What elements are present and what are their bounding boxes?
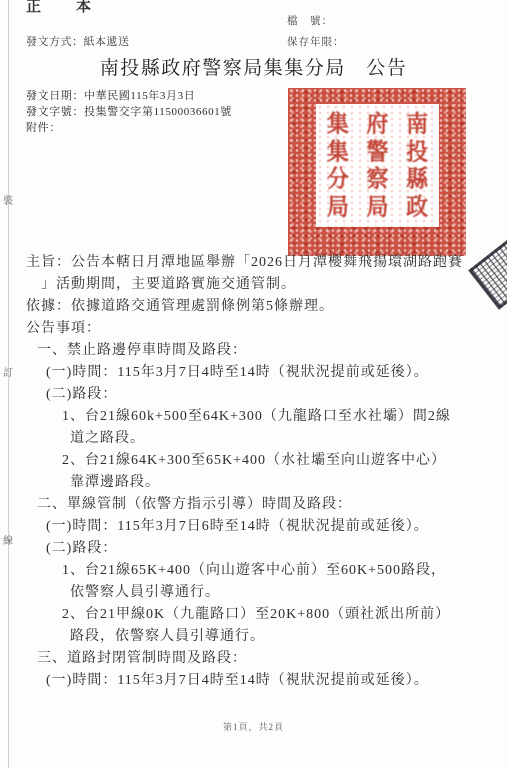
seal-inner-text: 南投縣政府警察局集集分局 xyxy=(316,104,439,227)
seal-character: 警 xyxy=(366,140,388,163)
body-line: 」活動期間，主要道路實施交通管制。 xyxy=(0,274,501,296)
binding-mark: 訂 xyxy=(3,364,13,379)
seal-character: 局 xyxy=(327,195,349,218)
seal-character: 察 xyxy=(366,168,388,191)
body-line: (一)時間：115年3月7日4時至14時（視狀況提前或延後）。 xyxy=(0,670,501,692)
seal-character: 府 xyxy=(366,113,388,136)
seal-character: 政 xyxy=(406,195,428,218)
announcement-body: 主旨：公告本轄日月潭地區舉辦「2026日月潭櫻舞飛揚環湖路跑賽」活動期間，主要道… xyxy=(0,252,501,692)
seal-character: 縣 xyxy=(406,168,428,191)
seal-character: 投 xyxy=(406,140,428,163)
retention-period-label: 保存年限： xyxy=(287,34,345,49)
seal-character: 分 xyxy=(327,168,349,191)
seal-column: 南投縣政 xyxy=(406,110,428,220)
attachment-label: 附件： xyxy=(26,119,61,135)
announcement-document-page: 正 本 發文方式：紙本遞送 檔 號： 保存年限： 南投縣政府警察局集集分局 公告… xyxy=(0,0,507,768)
body-line: 一、禁止路邊停車時間及路段： xyxy=(0,340,501,362)
seal-column: 集集分局 xyxy=(327,110,349,220)
seal-column: 府警察局 xyxy=(366,110,388,220)
body-line: 依警察人員引導通行。 xyxy=(0,582,501,604)
body-line: 依據：依據道路交通管理處罰條例第5條辦理。 xyxy=(0,296,501,318)
seal-character: 集 xyxy=(327,113,349,136)
delivery-method: 發文方式：紙本遞送 xyxy=(26,33,130,49)
body-line: 2、台21線64K+300至65K+400（水社壩至向山遊客中心） xyxy=(0,450,501,472)
seal-character: 局 xyxy=(366,195,388,218)
file-number-label: 檔 號： xyxy=(287,13,333,28)
body-line: (一)時間：115年3月7日4時至14時（視狀況提前或延後）。 xyxy=(0,362,501,384)
body-line: 靠潭邊路段。 xyxy=(0,472,501,494)
document-number: 發文字號：投集警交字第11500036601號 xyxy=(26,103,232,119)
issue-date: 發文日期：中華民國115年3月3日 xyxy=(26,87,195,103)
copy-type-text: 正 本 xyxy=(26,0,101,15)
body-line: 路段，依警察人員引導通行。 xyxy=(0,626,501,648)
body-line: 二、單線管制（依警方指示引導）時間及路段： xyxy=(0,494,501,516)
body-line: (一)時間：115年3月7日6時至14時（視狀況提前或延後）。 xyxy=(0,516,501,538)
binding-mark: 裝 xyxy=(3,192,13,207)
seal-character: 集 xyxy=(327,140,349,163)
body-line: (二)路段： xyxy=(0,384,501,406)
body-line: 三、道路封閉管制時間及路段： xyxy=(0,648,501,670)
binding-mark: 線 xyxy=(3,532,13,547)
copy-type-label: 正 本 xyxy=(26,0,101,15)
body-line: (二)路段： xyxy=(0,538,501,560)
body-line: 主旨：公告本轄日月潭地區舉辦「2026日月潭櫻舞飛揚環湖路跑賽 xyxy=(0,252,501,274)
page-number: 第1頁，共2頁 xyxy=(0,720,507,733)
body-line: 1、台21線60k+500至64K+300（九龍路口至水社壩）間2線 xyxy=(0,406,501,428)
body-line: 道之路段。 xyxy=(0,428,501,450)
body-line: 2、台21甲線0K（九龍路口）至20K+800（頭社派出所前） xyxy=(0,604,501,626)
body-line: 1、台21線65K+400（向山遊客中心前）至60K+500路段， xyxy=(0,560,501,582)
seal-character: 南 xyxy=(406,113,428,136)
body-line: 公告事項： xyxy=(0,318,501,340)
document-title: 南投縣政府警察局集集分局 公告 xyxy=(0,53,507,80)
official-red-seal-icon: 南投縣政府警察局集集分局 xyxy=(288,88,466,256)
